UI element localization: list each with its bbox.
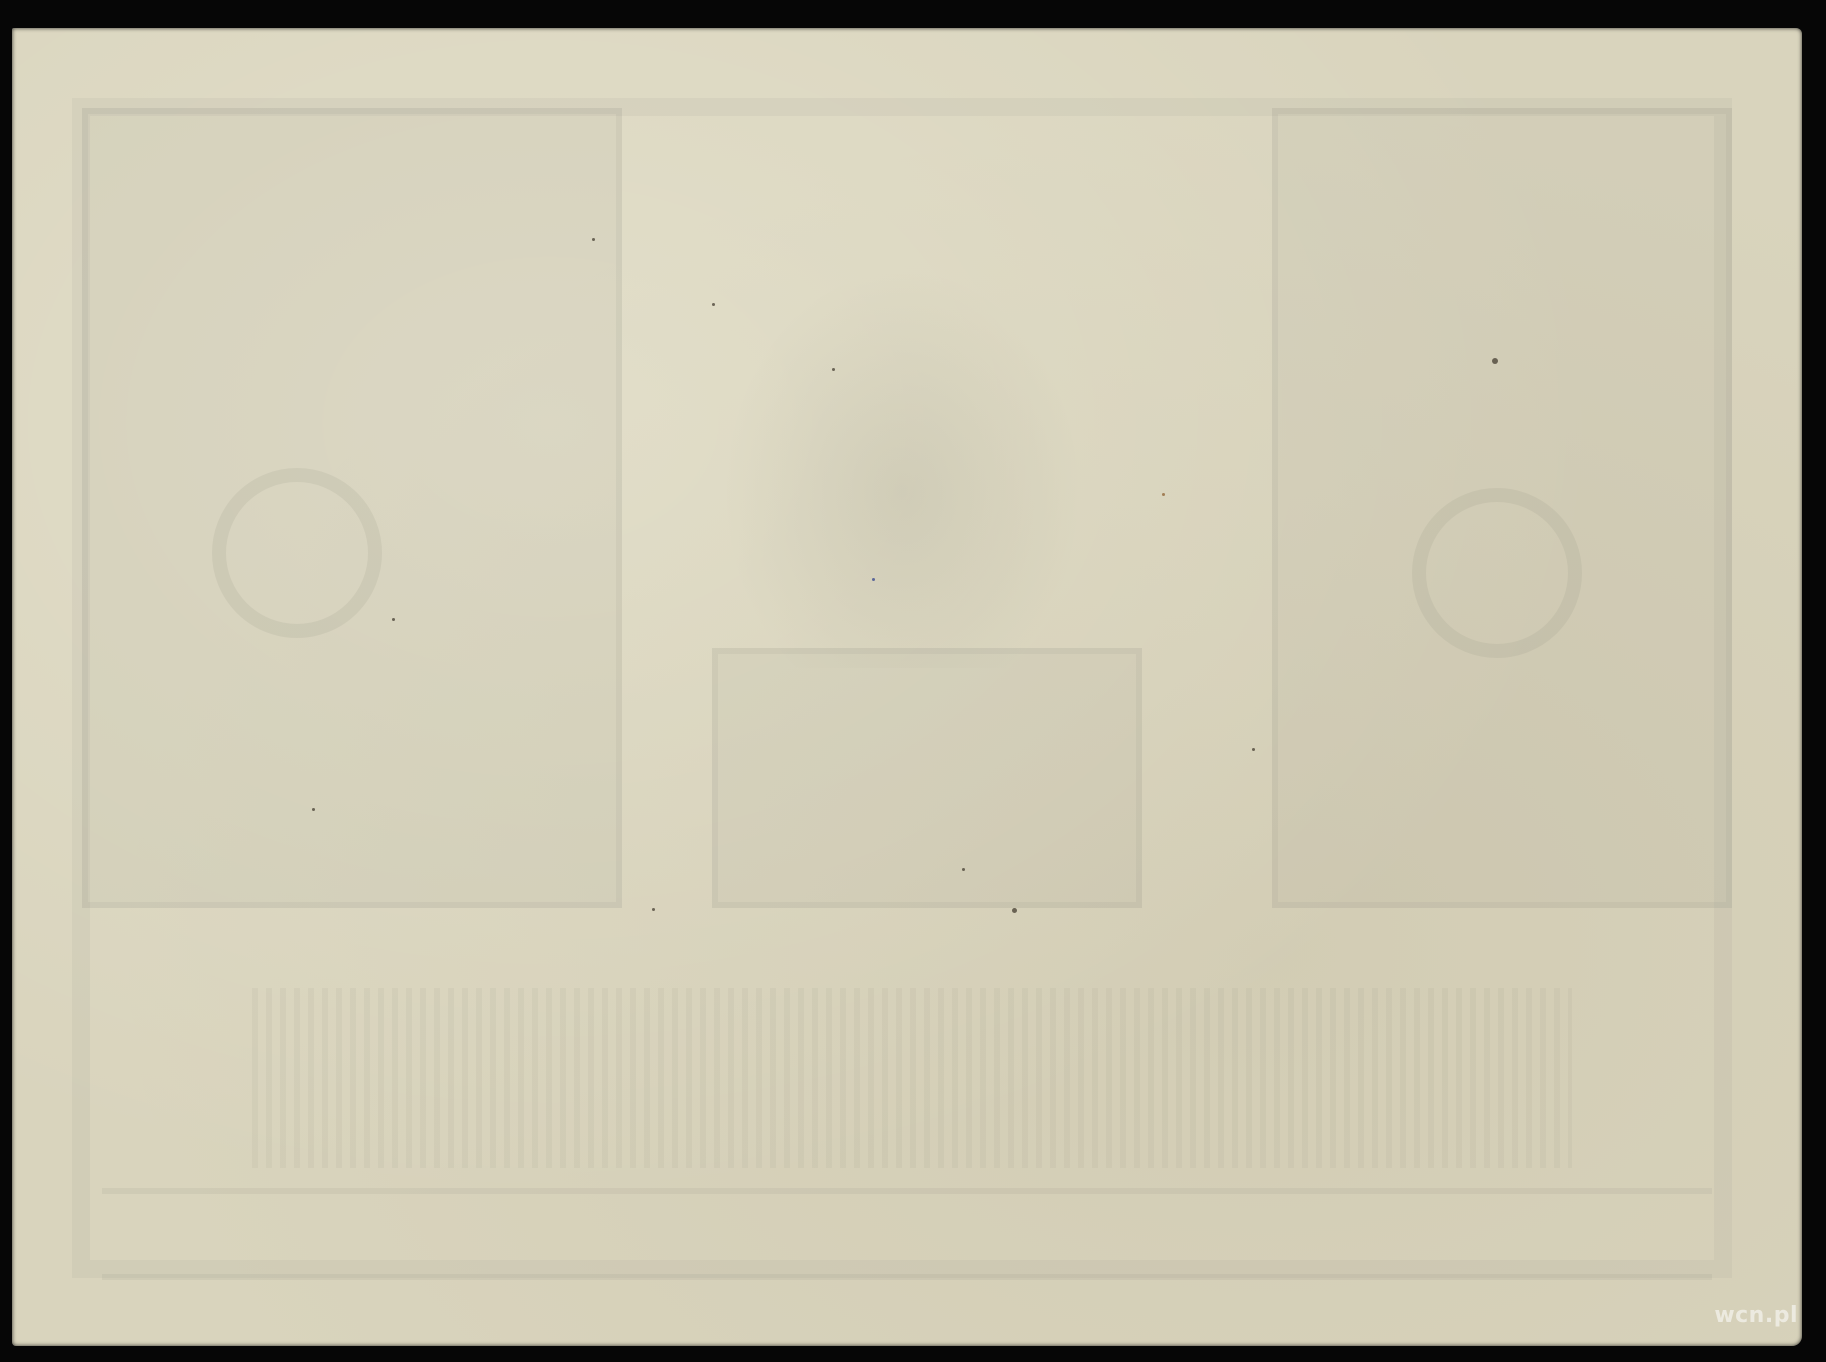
paper-speck — [832, 368, 835, 371]
paper-speck — [962, 868, 965, 871]
paper-speck — [1162, 493, 1165, 496]
banknote-reverse — [12, 28, 1802, 1346]
show-through-center-panel — [712, 648, 1142, 908]
show-through-text-block — [252, 988, 1572, 1168]
paper-speck — [1012, 908, 1017, 913]
show-through-figure — [692, 228, 1112, 668]
paper-speck — [1492, 358, 1498, 364]
paper-speck — [652, 908, 655, 911]
paper-speck — [712, 303, 715, 306]
paper-speck — [592, 238, 595, 241]
paper-speck — [392, 618, 395, 621]
paper-speck — [872, 578, 875, 581]
photo-scene: wcn.pl — [0, 0, 1826, 1362]
watermark: wcn.pl — [1714, 1303, 1798, 1328]
show-through-left-medallion — [212, 468, 382, 638]
show-through-bottom-border — [102, 1188, 1712, 1280]
show-through-right-medallion — [1412, 488, 1582, 658]
paper-speck — [312, 808, 315, 811]
paper-speck — [1252, 748, 1255, 751]
